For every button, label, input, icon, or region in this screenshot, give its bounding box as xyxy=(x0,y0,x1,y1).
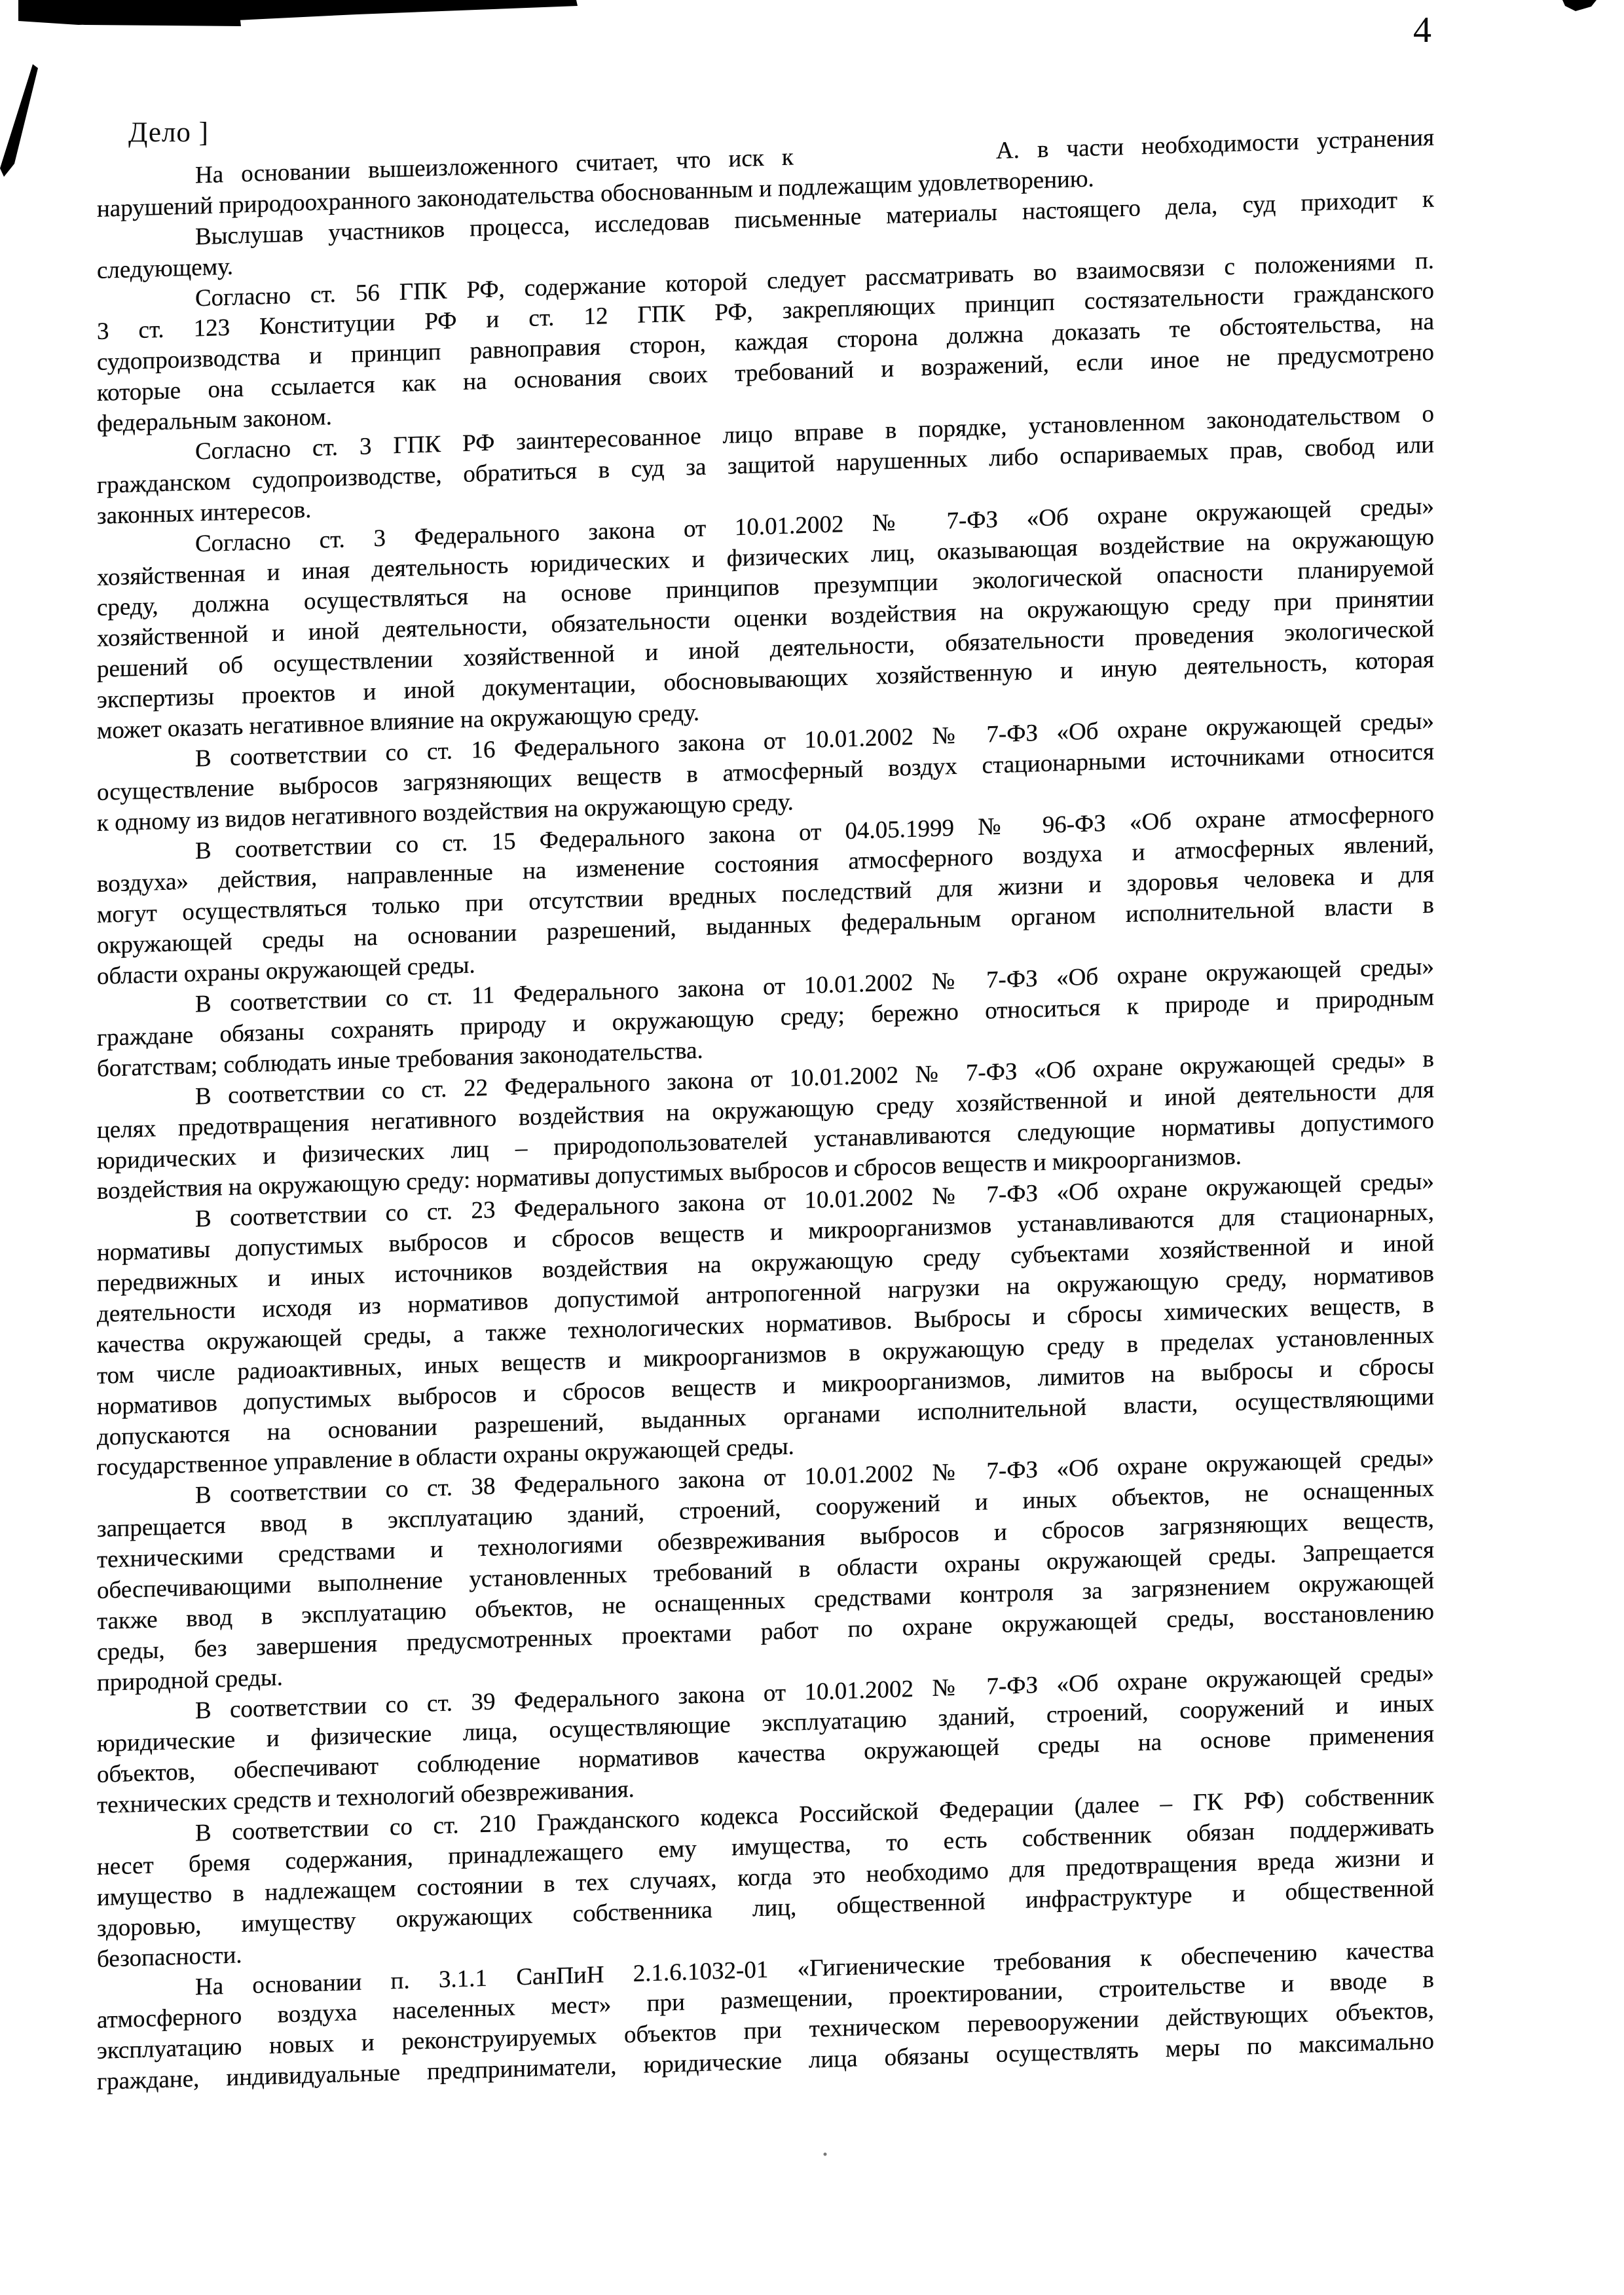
top-right-corner-mark xyxy=(1562,0,1596,11)
top-edge-scan-bar xyxy=(18,0,578,25)
left-margin-diagonal-streak xyxy=(0,64,38,177)
top-edge-scan-bar-thick xyxy=(36,4,241,26)
case-number-label: Дело ] xyxy=(128,117,209,149)
text-block: На основании вышеизложенного считает, чт… xyxy=(97,123,1434,2098)
scanned-court-document-page: { "page": { "number": "4" }, "header": {… xyxy=(0,0,1624,2295)
small-speck-bottom xyxy=(824,2153,827,2156)
redacted-name-gap xyxy=(811,158,978,164)
page-number: 4 xyxy=(1396,9,1449,51)
